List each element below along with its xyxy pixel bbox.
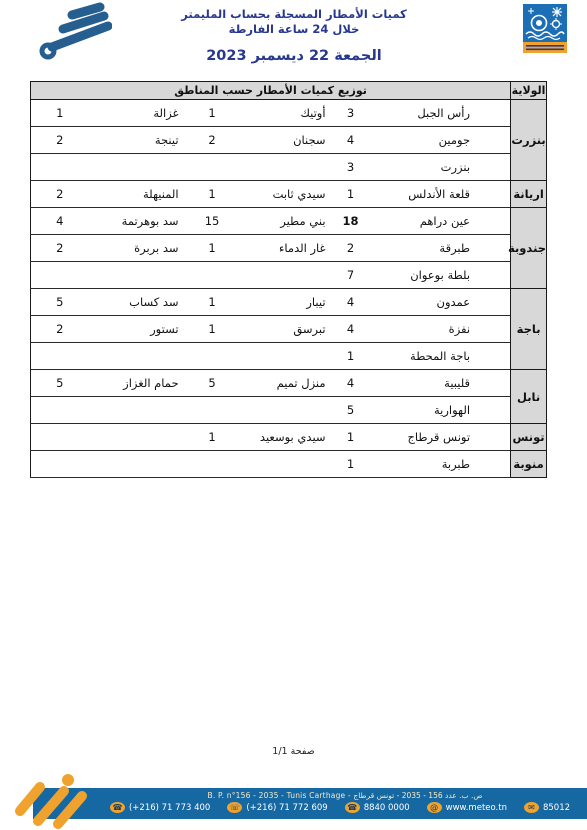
- table-row: بلطة بوعوان7: [31, 262, 547, 289]
- page-number: صفحة 1/1: [0, 746, 587, 757]
- footer-contact-item: @www.meteo.tn: [427, 802, 507, 813]
- wilaya-cell: اريانة: [511, 181, 547, 208]
- station-name-cell: [89, 154, 194, 181]
- table-row: نابلقليبية4منزل تميم5حمام الغزاز5: [31, 370, 547, 397]
- rain-value-cell: 1: [331, 181, 371, 208]
- rain-value-cell: 18: [331, 208, 371, 235]
- wilaya-cell: تونس: [511, 424, 547, 451]
- wilaya-cell: بنزرت: [511, 100, 547, 181]
- phone-icon: ☎: [110, 802, 125, 813]
- rain-value-cell: [194, 262, 231, 289]
- table-row: جومين4سجنان2تينجة2: [31, 127, 547, 154]
- rain-value-cell: 2: [331, 235, 371, 262]
- callcenter-icon: ☎: [345, 802, 360, 813]
- station-name-cell: تونس قرطاج: [371, 424, 511, 451]
- station-name-cell: سيدي بوسعيد: [231, 424, 331, 451]
- station-name-cell: رأس الجبل: [371, 100, 511, 127]
- table-row: تونستونس قرطاج1سيدي بوسعيد1: [31, 424, 547, 451]
- station-name-cell: الهوارية: [371, 397, 511, 424]
- table-row: الهوارية5: [31, 397, 547, 424]
- station-name-cell: [89, 397, 194, 424]
- table-header-row: الولاية توزيع كميات الأمطار حسب المناطق: [31, 82, 547, 100]
- station-name-cell: [89, 451, 194, 478]
- report-title-line2: خلال 24 ساعة الفارطة: [148, 22, 440, 36]
- station-name-cell: [231, 154, 331, 181]
- rain-value-cell: 1: [31, 100, 89, 127]
- footer-contacts: ☎(+216) 71 773 400☏(+216) 71 772 609☎884…: [33, 802, 587, 813]
- rain-value-cell: 4: [331, 127, 371, 154]
- station-name-cell: تيبار: [231, 289, 331, 316]
- station-name-cell: [231, 343, 331, 370]
- table-row: جندوبةعين دراهم18بني مطير15سد بوهرتمة4: [31, 208, 547, 235]
- station-name-cell: بني مطير: [231, 208, 331, 235]
- rain-value-cell: [194, 451, 231, 478]
- table-row: نفزة4تبرسق1تستور2: [31, 316, 547, 343]
- rainfall-bulletin-page: كميات الأمطار المسجلة بحساب المليمتر خلا…: [0, 0, 587, 830]
- station-name-cell: سيدي ثابت: [231, 181, 331, 208]
- rain-value-cell: [31, 262, 89, 289]
- wilaya-cell: جندوبة: [511, 208, 547, 289]
- table-row: باجةعمدون4تيبار1سد كساب5: [31, 289, 547, 316]
- station-name-cell: عين دراهم: [371, 208, 511, 235]
- station-name-cell: [231, 451, 331, 478]
- table-row: بنزرترأس الجبل3أوتيك1غزالة1: [31, 100, 547, 127]
- wilaya-cell: منوبة: [511, 451, 547, 478]
- station-name-cell: قليبية: [371, 370, 511, 397]
- rain-value-cell: 4: [331, 289, 371, 316]
- rain-value-cell: 1: [331, 424, 371, 451]
- rain-value-cell: 4: [31, 208, 89, 235]
- footer-contact-item: ☎(+216) 71 773 400: [110, 802, 210, 813]
- station-name-cell: [89, 424, 194, 451]
- station-name-cell: سد بربرة: [89, 235, 194, 262]
- rain-value-cell: 2: [31, 235, 89, 262]
- rain-value-cell: [31, 424, 89, 451]
- footer-contact-text: (+216) 71 773 400: [129, 803, 210, 813]
- station-name-cell: [231, 262, 331, 289]
- rain-value-cell: 2: [194, 127, 231, 154]
- globe-icon: @: [427, 802, 442, 813]
- rain-value-cell: 1: [194, 181, 231, 208]
- report-date: الجمعة 22 ديسمبر 2023: [148, 48, 440, 64]
- wilaya-cell: نابل: [511, 370, 547, 424]
- table-row: بنزرت3: [31, 154, 547, 181]
- rain-value-cell: 1: [331, 451, 371, 478]
- station-name-cell: تينجة: [89, 127, 194, 154]
- rain-value-cell: 2: [31, 316, 89, 343]
- station-name-cell: غار الدماء: [231, 235, 331, 262]
- rain-value-cell: 1: [194, 316, 231, 343]
- rain-value-cell: 15: [194, 208, 231, 235]
- station-name-cell: منزل تميم: [231, 370, 331, 397]
- station-name-cell: تستور: [89, 316, 194, 343]
- rain-value-cell: [194, 397, 231, 424]
- station-name-cell: نفزة: [371, 316, 511, 343]
- station-name-cell: غزالة: [89, 100, 194, 127]
- rain-table-body: بنزرترأس الجبل3أوتيك1غزالة1جومين4سجنان2ت…: [31, 100, 547, 478]
- station-name-cell: باجة المحطة: [371, 343, 511, 370]
- station-name-cell: [89, 262, 194, 289]
- rain-value-cell: [194, 154, 231, 181]
- inm-brand-mark-logo: [20, 2, 112, 68]
- rain-value-cell: 7: [331, 262, 371, 289]
- station-name-cell: سد كساب: [89, 289, 194, 316]
- footer-bar: B. P. n°156 - 2035 - Tunis Carthage - ص.…: [33, 788, 587, 819]
- rain-value-cell: 5: [331, 397, 371, 424]
- table-row: طبرقة2غار الدماء1سد بربرة2: [31, 235, 547, 262]
- rain-value-cell: 1: [194, 100, 231, 127]
- rain-value-cell: 1: [194, 424, 231, 451]
- station-name-cell: [89, 343, 194, 370]
- table-row: اريانةقلعة الأندلس1سيدي ثابت1المنيهلة2: [31, 181, 547, 208]
- rain-value-cell: 1: [331, 343, 371, 370]
- report-title-line1: كميات الأمطار المسجلة بحساب المليمتر: [148, 7, 440, 21]
- footer-contact-item: ☎8840 0000: [345, 802, 410, 813]
- rain-value-cell: 3: [331, 154, 371, 181]
- table-row: منوبةطبربة1: [31, 451, 547, 478]
- rain-value-cell: [31, 343, 89, 370]
- footer-contact-text: 8840 0000: [364, 803, 410, 813]
- footer-contact-item: ☏(+216) 71 772 609: [227, 802, 327, 813]
- footer-contact-text: (+216) 71 772 609: [246, 803, 327, 813]
- station-name-cell: طبربة: [371, 451, 511, 478]
- station-name-cell: حمام الغزاز: [89, 370, 194, 397]
- rain-value-cell: 4: [331, 316, 371, 343]
- distribution-header: توزيع كميات الأمطار حسب المناطق: [31, 82, 511, 100]
- footer-address: B. P. n°156 - 2035 - Tunis Carthage - ص.…: [33, 788, 587, 800]
- station-name-cell: بلطة بوعوان: [371, 262, 511, 289]
- station-name-cell: قلعة الأندلس: [371, 181, 511, 208]
- inm-weather-logo: [522, 4, 568, 59]
- station-name-cell: عمدون: [371, 289, 511, 316]
- station-name-cell: تبرسق: [231, 316, 331, 343]
- footer-contact-text: www.meteo.tn: [446, 803, 507, 813]
- rain-value-cell: 2: [31, 127, 89, 154]
- rain-value-cell: 5: [31, 289, 89, 316]
- rain-value-cell: 1: [194, 289, 231, 316]
- station-name-cell: سد بوهرتمة: [89, 208, 194, 235]
- rain-value-cell: [194, 343, 231, 370]
- table-row: باجة المحطة1: [31, 343, 547, 370]
- rain-value-cell: [31, 397, 89, 424]
- station-name-cell: [231, 397, 331, 424]
- rain-value-cell: 2: [31, 181, 89, 208]
- rain-value-cell: [31, 451, 89, 478]
- station-name-cell: أوتيك: [231, 100, 331, 127]
- rain-value-cell: 1: [194, 235, 231, 262]
- fax-icon: ☏: [227, 802, 242, 813]
- station-name-cell: المنيهلة: [89, 181, 194, 208]
- rain-value-cell: 4: [331, 370, 371, 397]
- wilaya-column-header: الولاية: [511, 82, 547, 100]
- rain-value-cell: 3: [331, 100, 371, 127]
- station-name-cell: طبرقة: [371, 235, 511, 262]
- rain-value-cell: 5: [194, 370, 231, 397]
- footer-contact-item: ✉85012: [524, 802, 570, 813]
- rain-value-cell: [31, 154, 89, 181]
- rainfall-table: الولاية توزيع كميات الأمطار حسب المناطق …: [30, 81, 547, 478]
- report-title-block: كميات الأمطار المسجلة بحساب المليمتر خلا…: [148, 7, 440, 37]
- sms-icon: ✉: [524, 802, 539, 813]
- rain-value-cell: 5: [31, 370, 89, 397]
- footer-stripes-decoration: [6, 767, 106, 830]
- station-name-cell: بنزرت: [371, 154, 511, 181]
- station-name-cell: سجنان: [231, 127, 331, 154]
- footer-contact-text: 85012: [543, 803, 570, 813]
- station-name-cell: جومين: [371, 127, 511, 154]
- wilaya-cell: باجة: [511, 289, 547, 370]
